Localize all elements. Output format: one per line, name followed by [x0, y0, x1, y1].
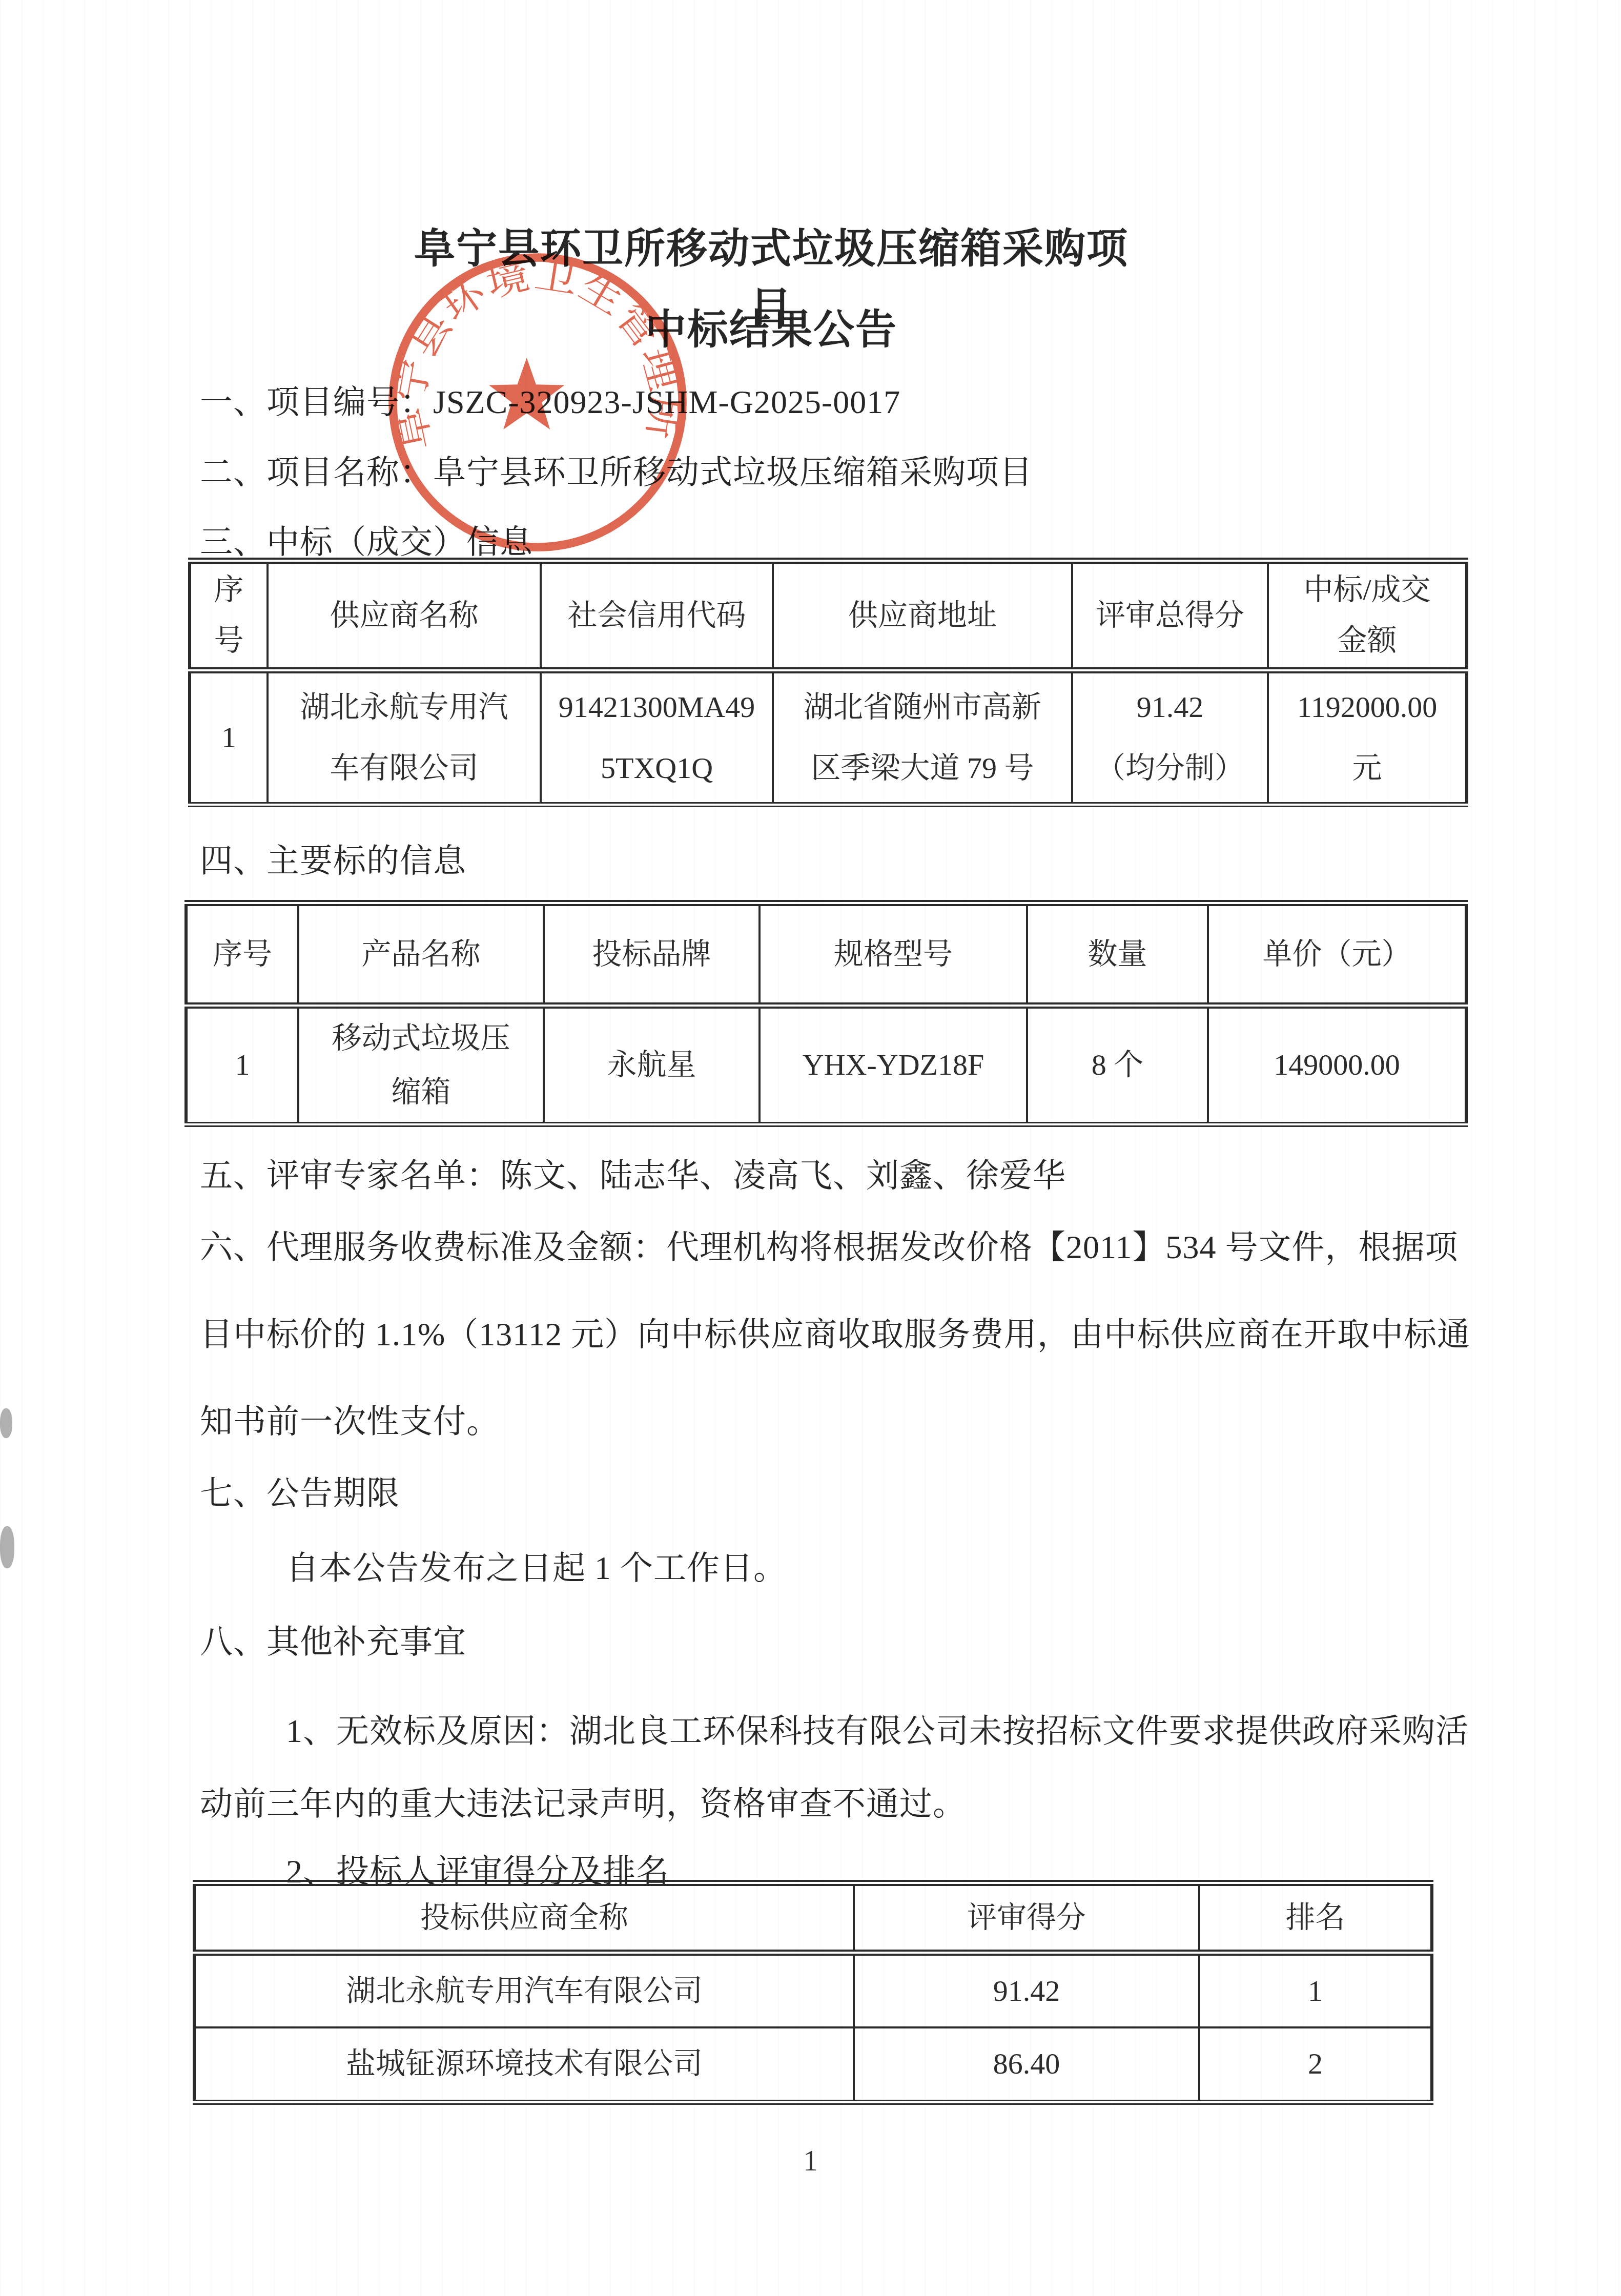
scan-smudge: [0, 1408, 12, 1438]
section-subject-info-heading: 四、主要标的信息: [200, 834, 466, 881]
table-header-cell: 投标供应商全称: [194, 1883, 854, 1953]
table-row: 1 湖北永航专用汽 车有限公司 91421300MA49 5TXQ1Q 湖北省随…: [190, 670, 1467, 805]
table-cell: 86.40: [854, 2027, 1199, 2102]
table-cell: 91421300MA49 5TXQ1Q: [541, 670, 773, 805]
table-header-cell: 单价（元）: [1208, 903, 1466, 1006]
section-agency-fee-line1: 六、代理服务收费标准及金额：代理机构将根据发改价格【2011】534 号文件，根…: [200, 1221, 1459, 1268]
table-header-cell: 数量: [1027, 903, 1208, 1006]
table-header-cell: 社会信用代码: [541, 561, 773, 670]
table-cell: 2: [1199, 2027, 1432, 2102]
table-row: 盐城钲源环境技术有限公司 86.40 2: [194, 2027, 1432, 2102]
scanned-document-page: 阜宁县环卫所移动式垃圾压缩箱采购项目 中标结果公告 一、项目编号：JSZC-32…: [0, 0, 1621, 2296]
table-header-cell: 中标/成交 金额: [1268, 561, 1467, 670]
table-cell: 1192000.00 元: [1268, 670, 1467, 805]
seal-arc-text: 阜宁县环境卫生管理所: [391, 255, 684, 454]
section-agency-fee-line3: 知书前一次性支付。: [200, 1395, 500, 1442]
table-header-row: 序号 产品名称 投标品牌 规格型号 数量 单价（元）: [186, 903, 1466, 1006]
table-cell: 1: [1199, 1953, 1432, 2027]
table-cell: 8 个: [1027, 1006, 1208, 1124]
seal-star-icon: [489, 358, 564, 429]
section-invalid-bid-line1: 1、无效标及原因：湖北良工环保科技有限公司未按招标文件要求提供政府采购活: [286, 1705, 1469, 1752]
table-cell: YHX-YDZ18F: [760, 1006, 1027, 1124]
table-cell: 湖北永航专用汽 车有限公司: [268, 670, 541, 805]
section-other-matters-heading: 八、其他补充事宜: [200, 1615, 466, 1663]
table-cell: 湖北省随州市高新 区季梁大道 79 号: [773, 670, 1072, 805]
table-row: 湖北永航专用汽车有限公司 91.42 1: [194, 1953, 1432, 2027]
svg-text:阜宁县环境卫生管理所: 阜宁县环境卫生管理所: [391, 255, 684, 454]
award-info-table: 序 号 供应商名称 社会信用代码 供应商地址 评审总得分 中标/成交 金额 1 …: [188, 558, 1468, 807]
section-agency-fee-line2: 目中标价的 1.1%（13112 元）向中标供应商收取服务费用，由中标供应商在开…: [200, 1308, 1470, 1355]
section-announcement-period-heading: 七、公告期限: [200, 1467, 400, 1514]
table-header-cell: 产品名称: [298, 903, 544, 1006]
table-cell: 移动式垃圾压 缩箱: [298, 1006, 544, 1124]
product-info-table: 序号 产品名称 投标品牌 规格型号 数量 单价（元） 1 移动式垃圾压 缩箱 永…: [184, 900, 1468, 1127]
ranking-table: 投标供应商全称 评审得分 排名 湖北永航专用汽车有限公司 91.42 1 盐城钲…: [193, 1880, 1433, 2105]
table-cell: 盐城钲源环境技术有限公司: [194, 2027, 854, 2102]
table-cell: 1: [190, 670, 268, 805]
table-header-cell: 投标品牌: [544, 903, 760, 1006]
scan-smudge: [0, 1526, 14, 1568]
table-header-cell: 供应商名称: [268, 561, 541, 670]
section-invalid-bid-line2: 动前三年内的重大违法记录声明，资格审查不通过。: [200, 1777, 966, 1824]
table-header-row: 序 号 供应商名称 社会信用代码 供应商地址 评审总得分 中标/成交 金额: [190, 561, 1467, 670]
table-row: 1 移动式垃圾压 缩箱 永航星 YHX-YDZ18F 8 个 149000.00: [186, 1006, 1466, 1124]
table-cell: 91.42 （均分制）: [1072, 670, 1268, 805]
table-header-cell: 排名: [1199, 1883, 1432, 1953]
table-cell: 永航星: [544, 1006, 760, 1124]
table-header-cell: 序 号: [190, 561, 268, 670]
section-announcement-period-body: 自本公告发布之日起 1 个工作日。: [286, 1542, 787, 1589]
section-experts: 五、评审专家名单：陈文、陆志华、凌高飞、刘鑫、徐爱华: [200, 1149, 1066, 1196]
table-header-cell: 序号: [186, 903, 298, 1006]
table-cell: 149000.00: [1208, 1006, 1466, 1124]
table-header-cell: 评审得分: [854, 1883, 1199, 1953]
official-red-seal: 阜宁县环境卫生管理所: [384, 249, 691, 556]
table-header-cell: 评审总得分: [1072, 561, 1268, 670]
table-header-row: 投标供应商全称 评审得分 排名: [194, 1883, 1432, 1953]
table-cell: 1: [186, 1006, 298, 1124]
table-header-cell: 供应商地址: [773, 561, 1072, 670]
table-header-cell: 规格型号: [760, 903, 1027, 1006]
table-cell: 91.42: [854, 1953, 1199, 2027]
page-number: 1: [0, 2145, 1621, 2178]
table-cell: 湖北永航专用汽车有限公司: [194, 1953, 854, 2027]
